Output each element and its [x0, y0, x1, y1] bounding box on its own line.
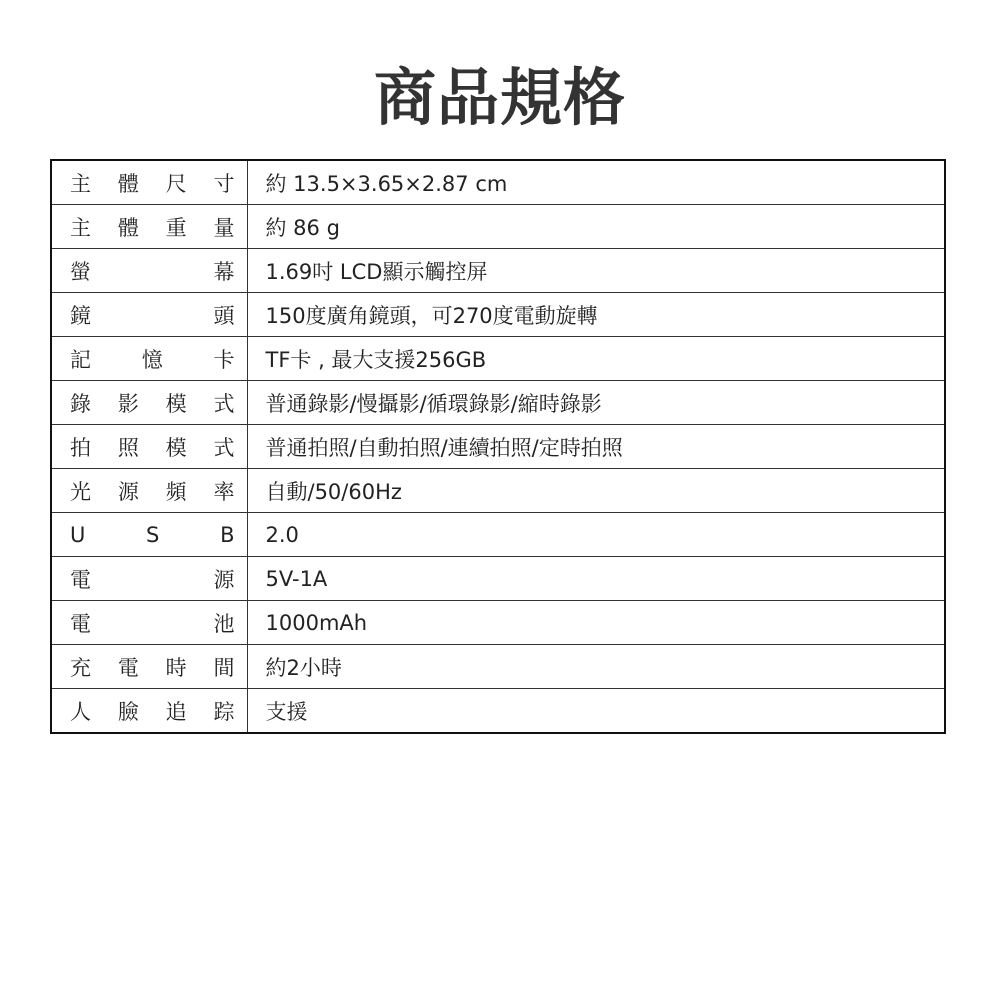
spec-label-cell: USB [51, 513, 247, 557]
spec-value: 5V-1A [247, 557, 945, 601]
spec-row: 電池1000mAh [51, 601, 945, 645]
spec-label-cell: 人臉追踪 [51, 689, 247, 734]
spec-value: TF卡 , 最大支援256GB [247, 337, 945, 381]
spec-label-char: 幕 [214, 256, 235, 286]
spec-value: 自動/50/60Hz [247, 469, 945, 513]
spec-value: 普通拍照/自動拍照/連續拍照/定時拍照 [247, 425, 945, 469]
spec-value: 約 13.5×3.65×2.87 cm [247, 160, 945, 205]
spec-table: 主體尺寸約 13.5×3.65×2.87 cm主體重量約 86 g螢幕1.69吋… [50, 159, 946, 734]
spec-label-char: 體 [118, 212, 139, 242]
spec-label-char: 電 [118, 652, 139, 682]
spec-label-char: 模 [166, 432, 187, 462]
spec-value: 1.69吋 LCD顯示觸控屏 [247, 249, 945, 293]
spec-label-char: 模 [166, 388, 187, 418]
spec-label: 充電時間 [70, 652, 235, 682]
spec-label-char: 主 [70, 168, 91, 198]
spec-value: 1000mAh [247, 601, 945, 645]
spec-label-char: 拍 [70, 432, 91, 462]
spec-value: 150度廣角鏡頭，可270度電動旋轉 [247, 293, 945, 337]
spec-label: 人臉追踪 [70, 696, 235, 726]
spec-label: 鏡頭 [70, 300, 235, 330]
spec-label: 主體尺寸 [70, 168, 235, 198]
spec-table-body: 主體尺寸約 13.5×3.65×2.87 cm主體重量約 86 g螢幕1.69吋… [51, 160, 945, 733]
spec-label-char: 重 [166, 212, 187, 242]
spec-label: 主體重量 [70, 212, 235, 242]
spec-label-char: 螢 [70, 256, 91, 286]
spec-row: 主體尺寸約 13.5×3.65×2.87 cm [51, 160, 945, 205]
spec-label-char: 頻 [166, 476, 187, 506]
spec-label-char: 池 [214, 608, 235, 638]
spec-row: USB2.0 [51, 513, 945, 557]
page-title: 商品規格 [0, 58, 1000, 138]
spec-label-char: 源 [214, 564, 235, 594]
spec-label-char: 間 [213, 652, 234, 682]
spec-label-char: 尺 [166, 168, 187, 198]
spec-label-char: 追 [166, 696, 187, 726]
spec-row: 主體重量約 86 g [51, 205, 945, 249]
spec-label: 電池 [70, 608, 235, 638]
spec-label-char: 體 [118, 168, 139, 198]
spec-label-char: 人 [70, 696, 91, 726]
spec-label-char: 記 [70, 344, 91, 374]
spec-label-char: 光 [70, 476, 91, 506]
spec-label-char: 錄 [70, 388, 91, 418]
spec-label-char: 鏡 [70, 300, 91, 330]
spec-label-cell: 主體重量 [51, 205, 247, 249]
spec-label-char: 主 [70, 212, 91, 242]
spec-label-char: B [220, 523, 234, 547]
spec-label-char: 頭 [214, 300, 235, 330]
spec-label-char: 憶 [142, 344, 163, 374]
spec-label-cell: 主體尺寸 [51, 160, 247, 205]
spec-label-char: 率 [213, 476, 234, 506]
spec-label-cell: 充電時間 [51, 645, 247, 689]
spec-label-cell: 電池 [51, 601, 247, 645]
spec-label-char: U [70, 523, 85, 547]
spec-label-char: 充 [70, 652, 91, 682]
spec-label-cell: 電源 [51, 557, 247, 601]
spec-label-char: 照 [118, 432, 139, 462]
spec-label: 電源 [70, 564, 235, 594]
spec-label-char: 量 [213, 212, 234, 242]
spec-label: 錄影模式 [70, 388, 235, 418]
spec-label-char: 電 [70, 564, 91, 594]
spec-label: 記憶卡 [70, 344, 235, 374]
spec-value: 約 86 g [247, 205, 945, 249]
spec-label-cell: 光源頻率 [51, 469, 247, 513]
spec-row: 錄影模式普通錄影/慢攝影/循環錄影/縮時錄影 [51, 381, 945, 425]
spec-label: 螢幕 [70, 256, 235, 286]
spec-label: 光源頻率 [70, 476, 235, 506]
spec-label-char: 踪 [213, 696, 234, 726]
spec-label: 拍照模式 [70, 432, 235, 462]
spec-value: 支援 [247, 689, 945, 734]
spec-row: 人臉追踪支援 [51, 689, 945, 734]
spec-row: 充電時間約2小時 [51, 645, 945, 689]
spec-label-cell: 鏡頭 [51, 293, 247, 337]
spec-label-char: 卡 [214, 344, 235, 374]
spec-row: 電源5V-1A [51, 557, 945, 601]
spec-row: 鏡頭150度廣角鏡頭，可270度電動旋轉 [51, 293, 945, 337]
spec-label-char: 電 [70, 608, 91, 638]
spec-label-cell: 錄影模式 [51, 381, 247, 425]
spec-label-char: 時 [166, 652, 187, 682]
spec-row: 螢幕1.69吋 LCD顯示觸控屏 [51, 249, 945, 293]
spec-value: 普通錄影/慢攝影/循環錄影/縮時錄影 [247, 381, 945, 425]
spec-label-char: 臉 [118, 696, 139, 726]
spec-label-cell: 螢幕 [51, 249, 247, 293]
spec-value: 2.0 [247, 513, 945, 557]
spec-value: 約2小時 [247, 645, 945, 689]
spec-row: 拍照模式普通拍照/自動拍照/連續拍照/定時拍照 [51, 425, 945, 469]
spec-label-char: 影 [118, 388, 139, 418]
spec-row: 光源頻率自動/50/60Hz [51, 469, 945, 513]
spec-label-cell: 記憶卡 [51, 337, 247, 381]
spec-label-char: S [146, 523, 159, 547]
spec-label: USB [70, 523, 235, 547]
spec-label-char: 式 [213, 432, 234, 462]
spec-label-char: 源 [118, 476, 139, 506]
spec-row: 記憶卡TF卡 , 最大支援256GB [51, 337, 945, 381]
spec-label-char: 寸 [213, 168, 234, 198]
spec-label-cell: 拍照模式 [51, 425, 247, 469]
spec-label-char: 式 [213, 388, 234, 418]
